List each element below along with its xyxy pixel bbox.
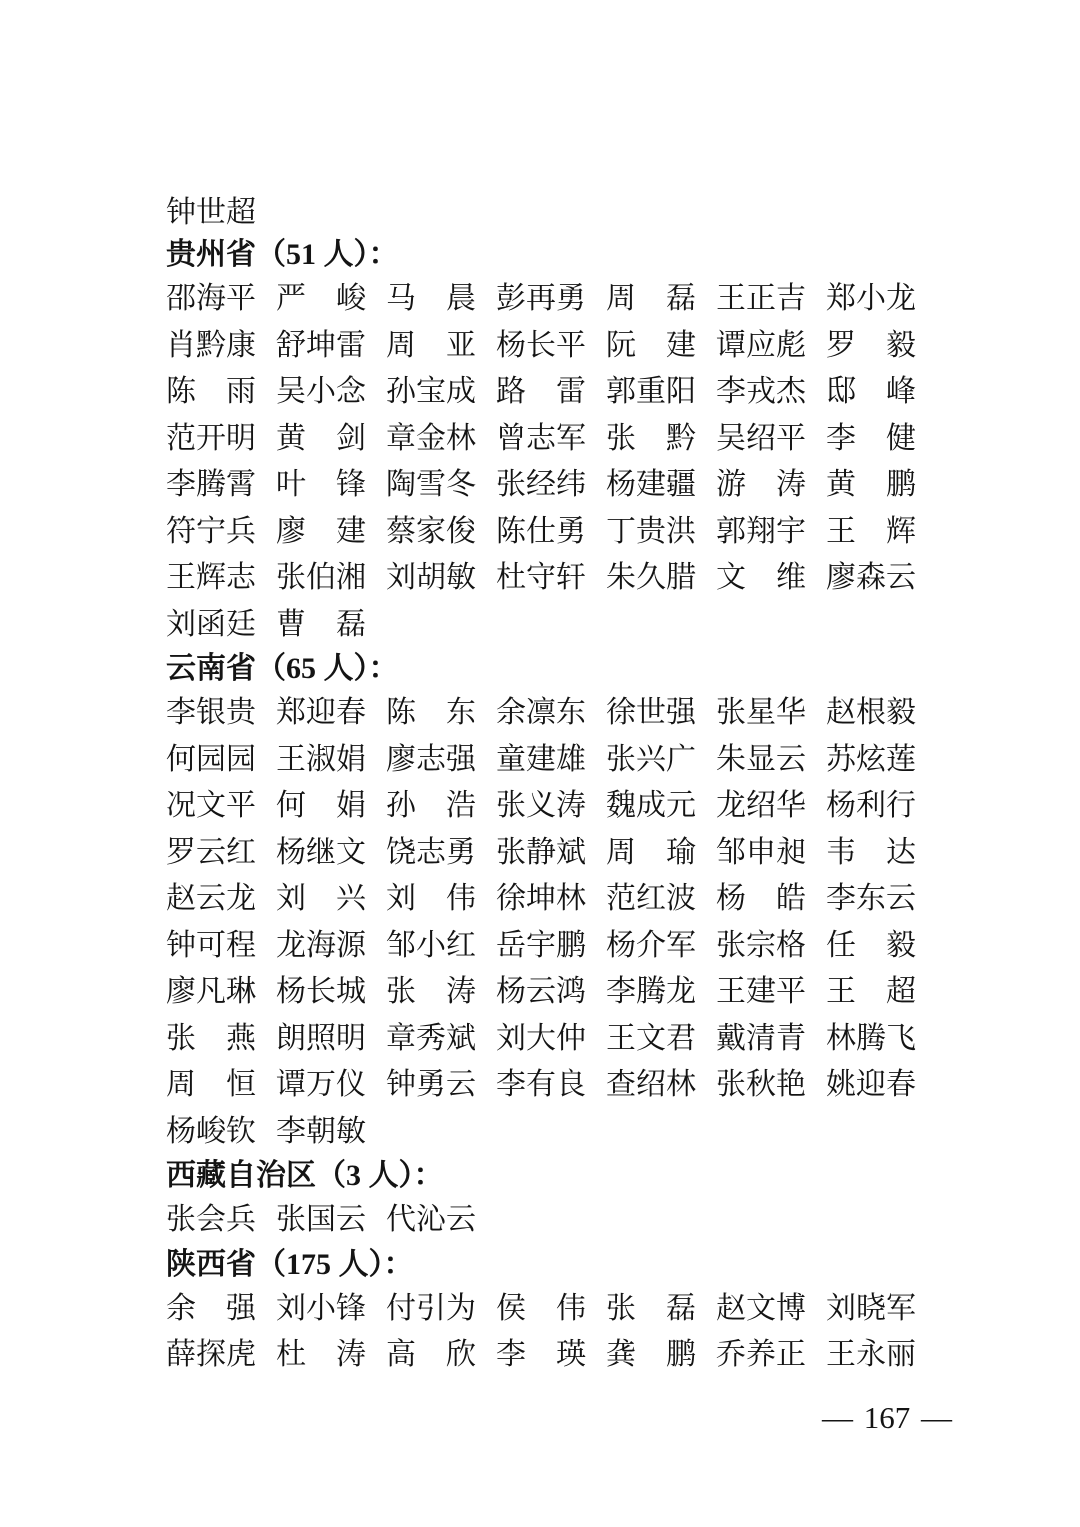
- person-name: 张 磊: [606, 1286, 716, 1333]
- person-name: 路 雷: [496, 369, 606, 416]
- person-name: 李东云: [826, 876, 936, 923]
- person-name: 朗照明: [276, 1016, 386, 1063]
- person-name: 杜守轩: [496, 555, 606, 602]
- person-name: 廖 建: [276, 509, 386, 556]
- person-name: 刘晓军: [826, 1286, 936, 1333]
- person-name: 李有良: [496, 1062, 606, 1109]
- section-title: 陕西省（175 人）：: [166, 1244, 936, 1286]
- person-name: 王建平: [716, 969, 826, 1016]
- person-name: 周 恒: [166, 1062, 276, 1109]
- person-name: 阮 建: [606, 323, 716, 370]
- person-name: 张秋艳: [716, 1062, 826, 1109]
- person-name: 邸 峰: [826, 369, 936, 416]
- section-title: 贵州省（51 人）：: [166, 234, 936, 276]
- person-name: 李戎杰: [716, 369, 826, 416]
- name-grid: 余 强刘小锋付引为侯 伟张 磊赵文博刘晓军薛探虎杜 涛高 欣李 瑛龚 鹏乔养正王…: [166, 1286, 936, 1379]
- person-name: 李银贵: [166, 690, 276, 737]
- section-title: 西藏自治区（3 人）：: [166, 1155, 936, 1197]
- person-name: 赵文博: [716, 1286, 826, 1333]
- province-section: 贵州省（51 人）：邵海平严 峻马 晨彭再勇周 磊王正吉郑小龙肖黔康舒坤雷周 亚…: [166, 234, 936, 648]
- person-name: 查绍林: [606, 1062, 716, 1109]
- person-name: 岳宇鹏: [496, 923, 606, 970]
- person-name: 张 涛: [386, 969, 496, 1016]
- person-name: 王正吉: [716, 276, 826, 323]
- person-name: 杜 涛: [276, 1332, 386, 1379]
- person-name: 饶志勇: [386, 830, 496, 877]
- person-name: 薛探虎: [166, 1332, 276, 1379]
- page-number-left-dash: —: [822, 1400, 853, 1436]
- person-name: 谭万仪: [276, 1062, 386, 1109]
- person-name: 任 毅: [826, 923, 936, 970]
- person-name: 廖森云: [826, 555, 936, 602]
- page-number: — 167 —: [822, 1400, 952, 1436]
- name-grid: 李银贵郑迎春陈 东余凛东徐世强张星华赵根毅何园园王淑娟廖志强童建雄张兴广朱显云苏…: [166, 690, 936, 1155]
- person-name: 陈 东: [386, 690, 496, 737]
- person-name: 杨长平: [496, 323, 606, 370]
- person-name: 谭应彪: [716, 323, 826, 370]
- section-title: 云南省（65 人）：: [166, 648, 936, 690]
- person-name: 刘胡敏: [386, 555, 496, 602]
- person-name: 杨继文: [276, 830, 386, 877]
- person-name: 王 超: [826, 969, 936, 1016]
- person-name: 张经纬: [496, 462, 606, 509]
- person-name: 吴小念: [276, 369, 386, 416]
- person-name: 龚 鹏: [606, 1332, 716, 1379]
- person-name: 杨利行: [826, 783, 936, 830]
- person-name: 刘函廷: [166, 602, 276, 649]
- person-name: 章秀斌: [386, 1016, 496, 1063]
- person-name: 侯 伟: [496, 1286, 606, 1333]
- person-name: 龙海源: [276, 923, 386, 970]
- person-name: 杨云鸿: [496, 969, 606, 1016]
- person-name: 李 健: [826, 416, 936, 463]
- person-name: 吴绍平: [716, 416, 826, 463]
- person-name: 杨峻钦: [166, 1109, 276, 1156]
- person-name: 刘小锋: [276, 1286, 386, 1333]
- person-name: 陈 雨: [166, 369, 276, 416]
- province-section: 西藏自治区（3 人）：张会兵张国云代沁云: [166, 1155, 936, 1244]
- person-name: 孙宝成: [386, 369, 496, 416]
- person-name: 陈仕勇: [496, 509, 606, 556]
- document-page: 钟世超 贵州省（51 人）：邵海平严 峻马 晨彭再勇周 磊王正吉郑小龙肖黔康舒坤…: [0, 0, 1080, 1527]
- person-name: 丁贵洪: [606, 509, 716, 556]
- person-name: 张兴广: [606, 737, 716, 784]
- person-name: 周 瑜: [606, 830, 716, 877]
- person-name: 乔养正: [716, 1332, 826, 1379]
- province-section: 云南省（65 人）：李银贵郑迎春陈 东余凛东徐世强张星华赵根毅何园园王淑娟廖志强…: [166, 648, 936, 1155]
- person-name: 戴清青: [716, 1016, 826, 1063]
- person-name: 余 强: [166, 1286, 276, 1333]
- person-name: 黄 剑: [276, 416, 386, 463]
- person-name: 钟可程: [166, 923, 276, 970]
- person-name: 何园园: [166, 737, 276, 784]
- person-name: 廖志强: [386, 737, 496, 784]
- person-name: 魏成元: [606, 783, 716, 830]
- person-name: 郑小龙: [826, 276, 936, 323]
- person-name: 彭再勇: [496, 276, 606, 323]
- person-name: 游 涛: [716, 462, 826, 509]
- person-name: 杨 皓: [716, 876, 826, 923]
- person-name: 张义涛: [496, 783, 606, 830]
- person-name: 赵云龙: [166, 876, 276, 923]
- person-name: 张静斌: [496, 830, 606, 877]
- person-name: 罗云红: [166, 830, 276, 877]
- province-section: 陕西省（175 人）：余 强刘小锋付引为侯 伟张 磊赵文博刘晓军薛探虎杜 涛高 …: [166, 1244, 936, 1379]
- person-name: 范红波: [606, 876, 716, 923]
- person-name: 邹申昶: [716, 830, 826, 877]
- person-name: 罗 毅: [826, 323, 936, 370]
- person-name: 王文君: [606, 1016, 716, 1063]
- person-name: 郑迎春: [276, 690, 386, 737]
- person-name: 徐坤林: [496, 876, 606, 923]
- person-name: 严 峻: [276, 276, 386, 323]
- person-name: 王永丽: [826, 1332, 936, 1379]
- person-name: 符宁兵: [166, 509, 276, 556]
- person-name: 赵根毅: [826, 690, 936, 737]
- person-name: 林腾飞: [826, 1016, 936, 1063]
- person-name: 苏炫莲: [826, 737, 936, 784]
- person-name: 杨建疆: [606, 462, 716, 509]
- person-name: 姚迎春: [826, 1062, 936, 1109]
- person-name: 刘 伟: [386, 876, 496, 923]
- person-name: 周 亚: [386, 323, 496, 370]
- person-name: 付引为: [386, 1286, 496, 1333]
- person-name: 王 辉: [826, 509, 936, 556]
- person-name: 文 维: [716, 555, 826, 602]
- person-name: 曾志军: [496, 416, 606, 463]
- person-name: 章金林: [386, 416, 496, 463]
- person-name: 李腾霄: [166, 462, 276, 509]
- person-name: 王辉志: [166, 555, 276, 602]
- person-name: 朱显云: [716, 737, 826, 784]
- person-name: 龙绍华: [716, 783, 826, 830]
- person-name: 刘大仲: [496, 1016, 606, 1063]
- person-name: 张星华: [716, 690, 826, 737]
- person-name: 代沁云: [386, 1197, 496, 1244]
- person-name: 钟勇云: [386, 1062, 496, 1109]
- person-name: 孙 浩: [386, 783, 496, 830]
- person-name: 刘 兴: [276, 876, 386, 923]
- person-name: 郭重阳: [606, 369, 716, 416]
- person-name: 黄 鹏: [826, 462, 936, 509]
- person-name: 张会兵: [166, 1197, 276, 1244]
- person-name: 曹 磊: [276, 602, 386, 649]
- person-name: 何 娟: [276, 783, 386, 830]
- person-name: 李腾龙: [606, 969, 716, 1016]
- person-name: 陶雪冬: [386, 462, 496, 509]
- person-name: 叶 锋: [276, 462, 386, 509]
- person-name: 郭翔宇: [716, 509, 826, 556]
- person-name: 周 磊: [606, 276, 716, 323]
- person-name: 舒坤雷: [276, 323, 386, 370]
- person-name: 肖黔康: [166, 323, 276, 370]
- page-number-right-dash: —: [921, 1400, 952, 1436]
- province-sections: 贵州省（51 人）：邵海平严 峻马 晨彭再勇周 磊王正吉郑小龙肖黔康舒坤雷周 亚…: [166, 234, 936, 1379]
- person-name: 张伯湘: [276, 555, 386, 602]
- continued-name-line: 钟世超: [166, 192, 936, 234]
- person-name: 张国云: [276, 1197, 386, 1244]
- person-name: 李朝敏: [276, 1109, 386, 1156]
- person-name: 童建雄: [496, 737, 606, 784]
- person-name: 韦 达: [826, 830, 936, 877]
- person-name: 徐世强: [606, 690, 716, 737]
- person-name: 杨介军: [606, 923, 716, 970]
- person-name: 王淑娟: [276, 737, 386, 784]
- person-name: 张 燕: [166, 1016, 276, 1063]
- person-name: 李 瑛: [496, 1332, 606, 1379]
- name-grid: 邵海平严 峻马 晨彭再勇周 磊王正吉郑小龙肖黔康舒坤雷周 亚杨长平阮 建谭应彪罗…: [166, 276, 936, 648]
- page-number-value: 167: [864, 1400, 911, 1436]
- person-name: 邹小红: [386, 923, 496, 970]
- person-name: 张宗格: [716, 923, 826, 970]
- person-name: 马 晨: [386, 276, 496, 323]
- name-grid: 张会兵张国云代沁云: [166, 1197, 936, 1244]
- person-name: 杨长城: [276, 969, 386, 1016]
- person-name: 高 欣: [386, 1332, 496, 1379]
- page-content: 钟世超 贵州省（51 人）：邵海平严 峻马 晨彭再勇周 磊王正吉郑小龙肖黔康舒坤…: [166, 192, 936, 1379]
- person-name: 廖凡琳: [166, 969, 276, 1016]
- person-name: 余凛东: [496, 690, 606, 737]
- person-name: 范开明: [166, 416, 276, 463]
- person-name: 蔡家俊: [386, 509, 496, 556]
- person-name: 况文平: [166, 783, 276, 830]
- person-name: 邵海平: [166, 276, 276, 323]
- person-name: 张 黔: [606, 416, 716, 463]
- person-name: 朱久腊: [606, 555, 716, 602]
